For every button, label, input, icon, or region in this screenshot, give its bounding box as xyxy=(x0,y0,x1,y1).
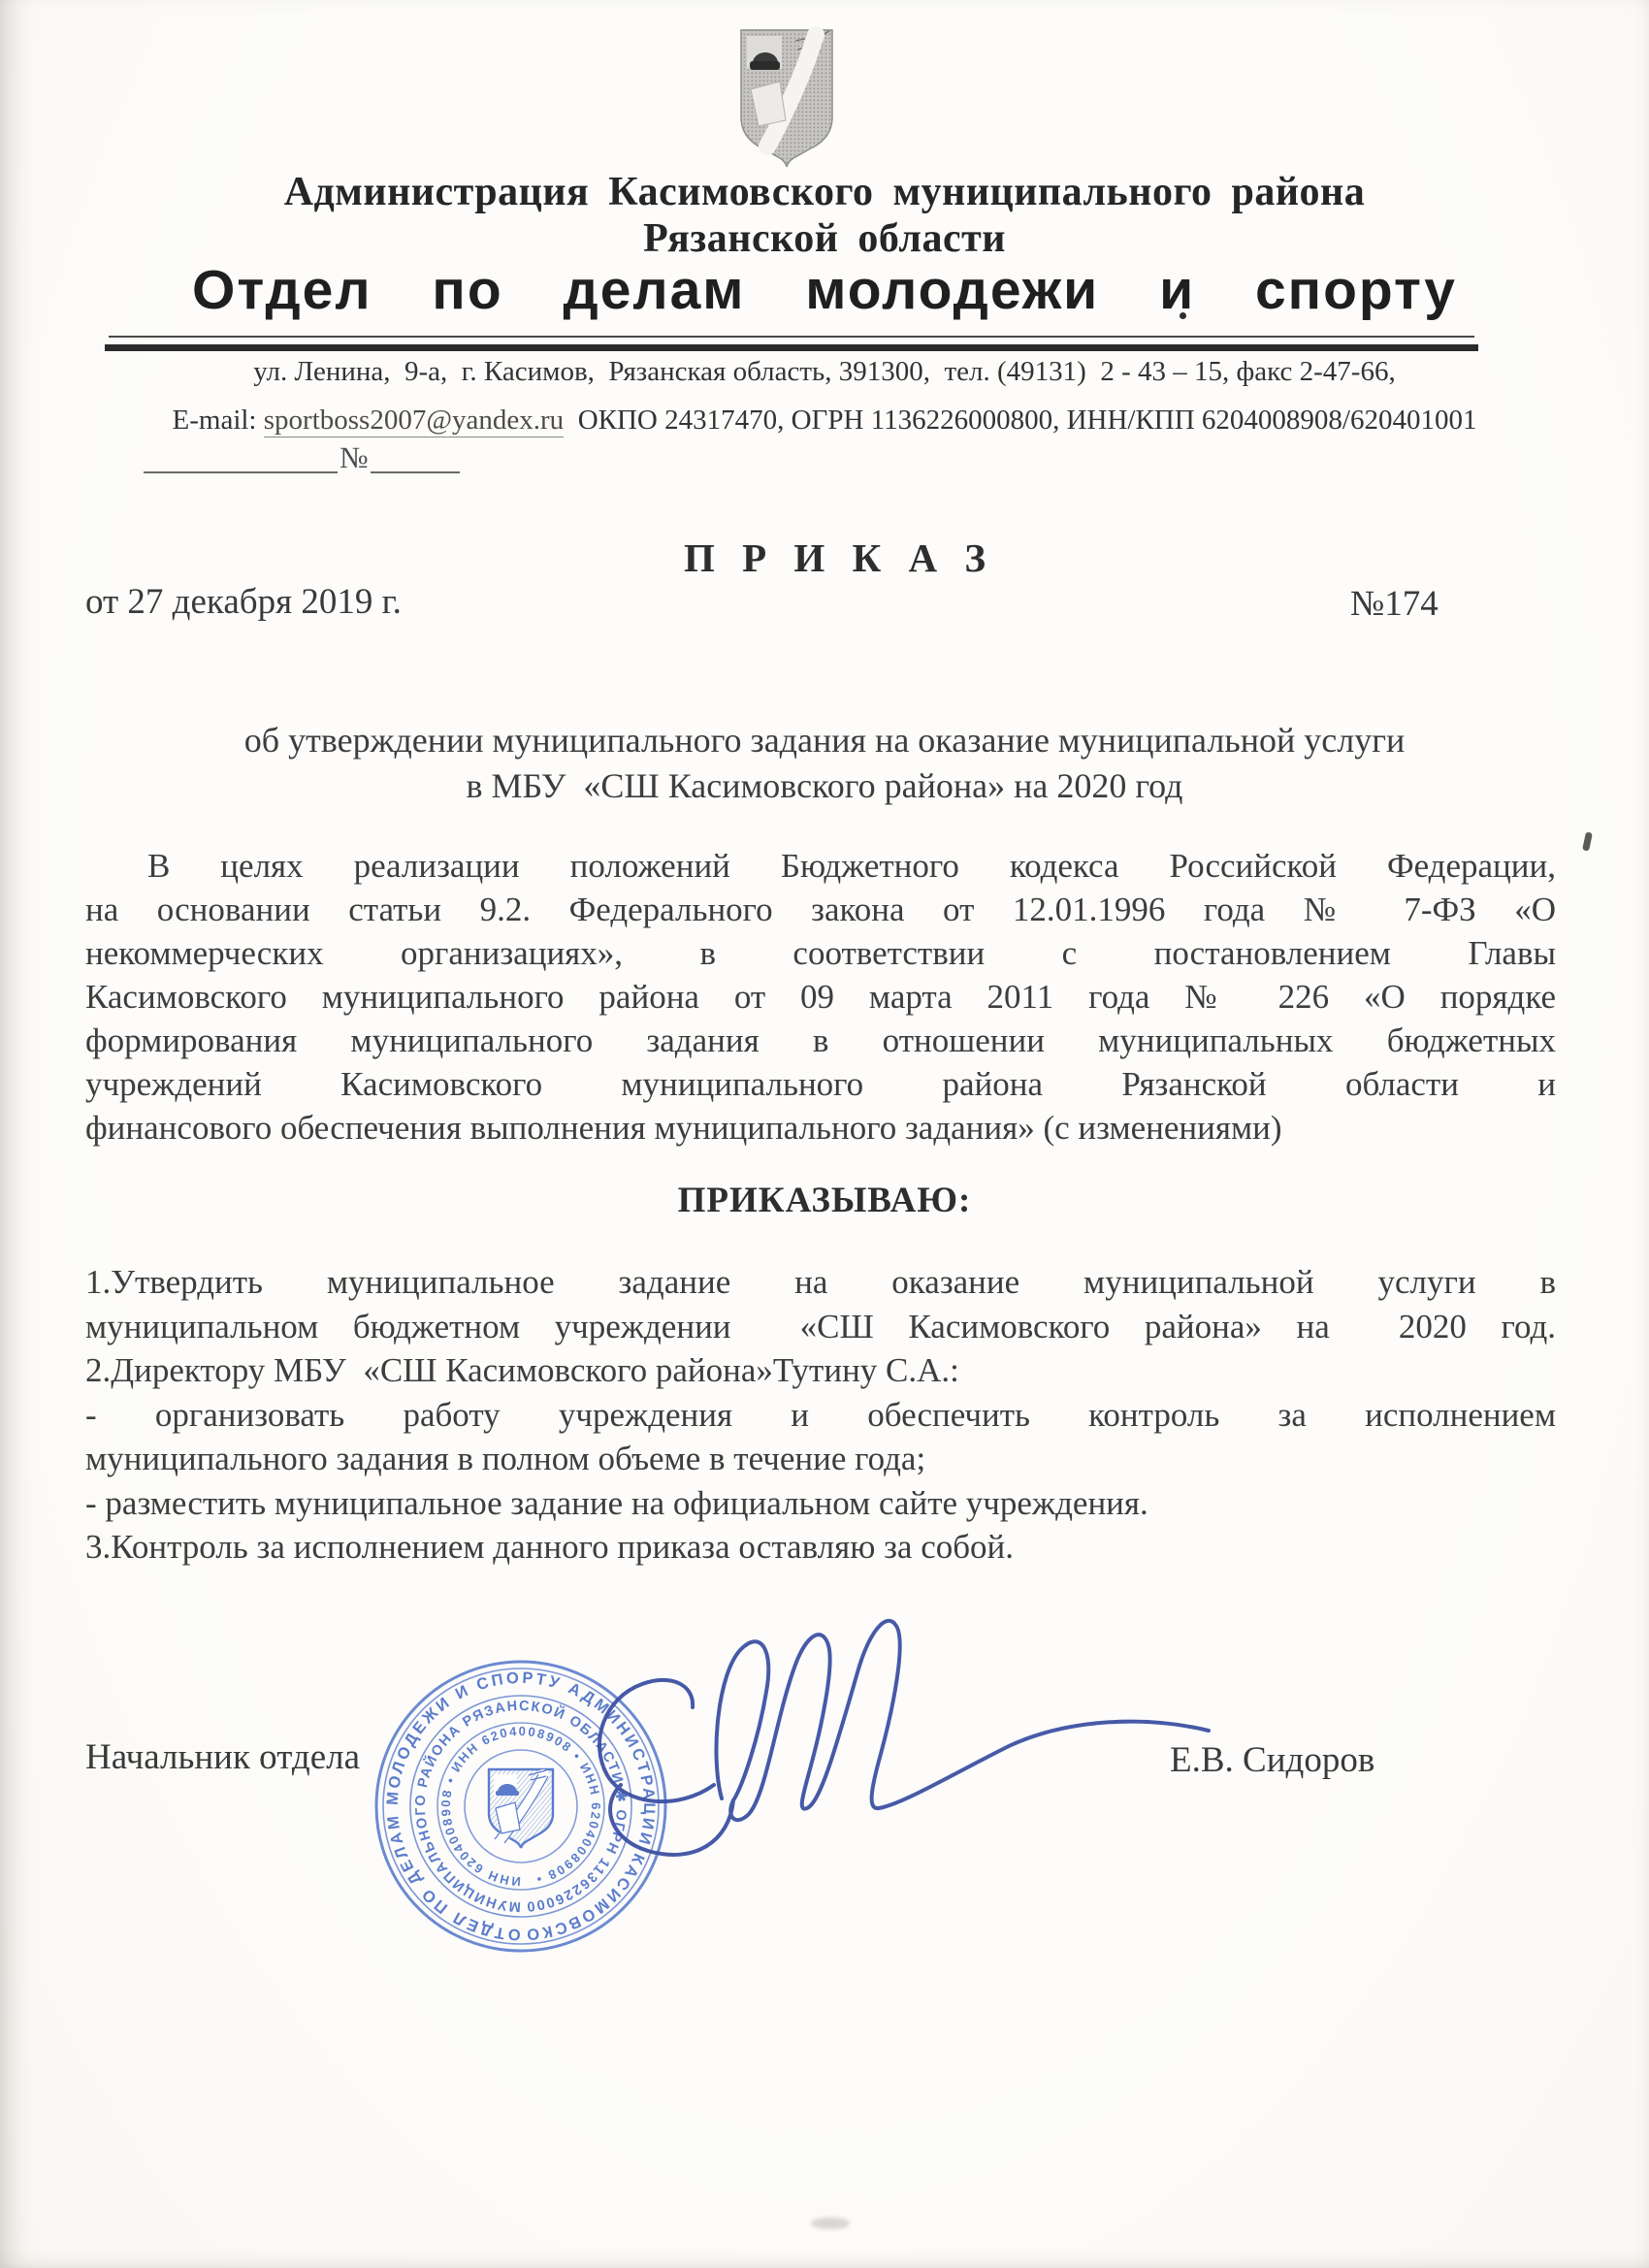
order-item-line: 2.Директору МБУ «СШ Касимовского района»… xyxy=(85,1348,1556,1393)
preamble-line: Касимовского муниципального района от 09… xyxy=(85,975,1556,1019)
coat-of-arms-icon xyxy=(735,25,838,171)
order-item-line: 1.Утвердить муниципальное задание на ока… xyxy=(85,1260,1556,1305)
email-address: sportboss2007@yandex.ru xyxy=(264,405,564,437)
date-blank-line xyxy=(144,438,338,473)
order-item-line: - организовать работу учреждения и обесп… xyxy=(85,1393,1556,1438)
cap-band xyxy=(750,61,780,70)
order-title: П Р И К А З xyxy=(0,535,1649,581)
scanned-order-document: Администрация Касимовского муниципальног… xyxy=(0,0,1649,2268)
preamble-line: некоммерческих организациях», в соответс… xyxy=(85,931,1556,975)
org-name-line2: Рязанской области xyxy=(0,215,1649,262)
order-date: от 27 декабря 2019 г. xyxy=(85,581,402,623)
handwritten-signature xyxy=(538,1550,1276,1909)
order-preamble: В целях реализации положений Бюджетного … xyxy=(85,844,1556,1150)
order-items: 1.Утвердить муниципальное задание на ока… xyxy=(85,1260,1556,1570)
order-number: №174 xyxy=(1350,583,1439,625)
preamble-line: финансового обеспечения выполнения муниц… xyxy=(85,1106,1556,1150)
scan-smudge xyxy=(811,2218,850,2229)
subject-line2: в МБУ «СШ Касимовского района» на 2020 г… xyxy=(0,763,1649,809)
order-subject: об утверждении муниципального задания на… xyxy=(0,718,1649,809)
number-blank-line xyxy=(371,438,460,473)
number-sign: № xyxy=(338,440,371,475)
header-rule-thick xyxy=(105,344,1478,351)
preamble-line: формирования муниципального задания в от… xyxy=(85,1019,1556,1062)
department-name: Отдел по делам молодежи и спорту xyxy=(0,258,1649,322)
doc-number-blank: № xyxy=(144,438,460,477)
order-item-line: муниципальном бюджетном учреждении «СШ К… xyxy=(85,1305,1556,1349)
email-label: E-mail: xyxy=(173,405,264,436)
decree-word: ПРИКАЗЫВАЮ: xyxy=(0,1180,1649,1221)
org-name-line1: Администрация Касимовского муниципальног… xyxy=(0,169,1649,215)
order-item-line: муниципального задания в полном объеме в… xyxy=(85,1437,1556,1481)
preamble-line: учреждений Касимовского муниципального р… xyxy=(85,1062,1556,1106)
org-address: ул. Ленина, 9-а, г. Касимов, Рязанская о… xyxy=(0,356,1649,388)
order-item-line: - разместить муниципальное задание на оф… xyxy=(85,1481,1556,1526)
preamble-line: на основании статьи 9.2. Федерального за… xyxy=(85,888,1556,931)
preamble-line: В целях реализации положений Бюджетного … xyxy=(85,844,1556,888)
signer-position: Начальник отдела xyxy=(85,1736,360,1778)
org-codes: ОКПО 24317470, ОГРН 1136226000800, ИНН/К… xyxy=(564,405,1476,436)
header-rule-thin xyxy=(109,336,1474,338)
scan-speck xyxy=(1180,312,1186,319)
scan-speck xyxy=(1582,831,1593,851)
org-contacts-line: E-mail: sportboss2007@yandex.ru ОКПО 243… xyxy=(0,405,1649,437)
subject-line1: об утверждении муниципального задания на… xyxy=(0,718,1649,763)
